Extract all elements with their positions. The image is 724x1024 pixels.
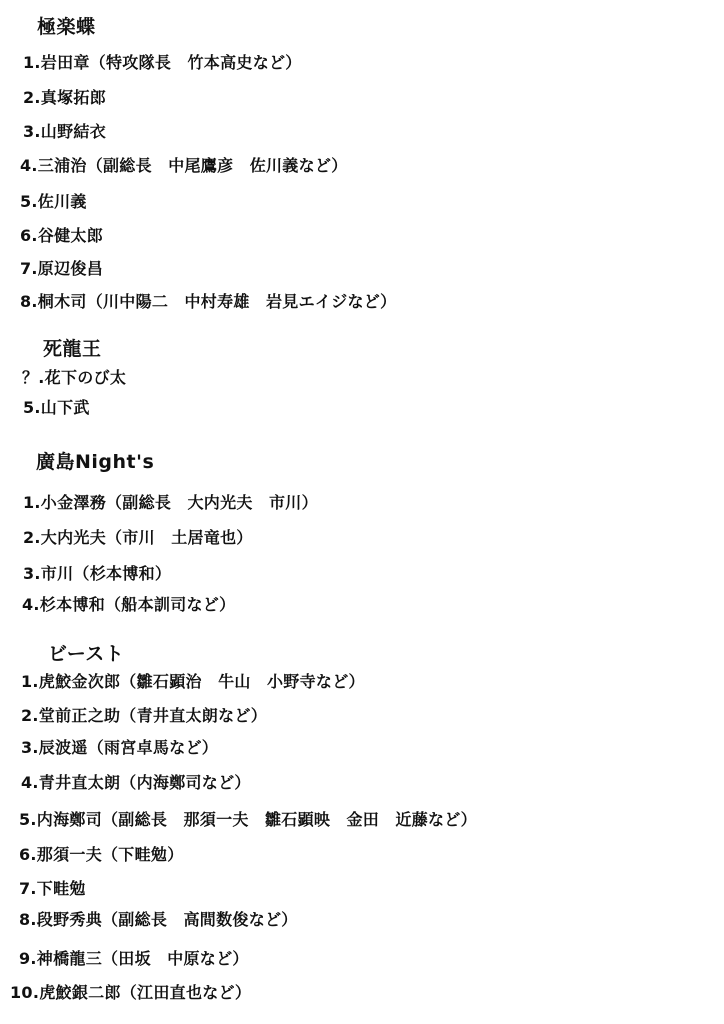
list-item: 8.段野秀典（副総長 高間数俊など）: [19, 909, 298, 931]
list-item: 2.大内光夫（市川 土居竜也）: [23, 527, 253, 549]
list-item: 3.市川（杉本博和）: [23, 563, 171, 585]
list-item: 4.杉本博和（船本訓司など）: [22, 594, 235, 616]
list-item: 1.虎鮫金次郎（雛石顕治 牛山 小野寺など）: [21, 671, 365, 693]
list-item: 7.原辺俊昌: [20, 258, 103, 280]
list-item: 5.山下武: [23, 397, 90, 419]
list-item: 9.神橋龍三（田坂 中原など）: [19, 948, 249, 970]
list-item: 7.下畦勉: [19, 878, 86, 900]
list-item: 1.岩田章（特攻隊長 竹本高史など）: [23, 52, 302, 74]
list-item: 5.内海鄭司（副総長 那須一夫 雛石顕映 金田 近藤など）: [19, 809, 477, 831]
section-title: 死龍王: [43, 337, 102, 361]
list-item: 10.虎鮫銀二郎（江田直也など）: [10, 982, 251, 1004]
list-item: 6.那須一夫（下畦勉）: [19, 844, 184, 866]
section-title: ビースト: [48, 642, 124, 666]
list-item: 4.青井直太朗（内海鄭司など）: [21, 772, 251, 794]
list-item: 2.堂前正之助（青井直太朗など）: [21, 705, 267, 727]
list-item: ？.花下のび太: [22, 367, 126, 389]
list-item: 3.山野結衣: [23, 121, 106, 143]
list-item: 6.谷健太郎: [20, 225, 103, 247]
list-item: 3.辰波遥（雨宮卓馬など）: [21, 737, 218, 759]
list-item: 1.小金澤務（副総長 大内光夫 市川）: [23, 492, 318, 514]
section-title: 極楽蝶: [37, 15, 96, 39]
section-title: 廣島Night's: [36, 450, 154, 474]
list-item: 2.真塚拓郎: [23, 87, 106, 109]
list-item: 8.桐木司（川中陽二 中村寿雄 岩見エイジなど）: [20, 291, 396, 313]
list-item: 5.佐川義: [20, 191, 87, 213]
list-item: 4.三浦治（副総長 中尾鷹彦 佐川義など）: [20, 155, 348, 177]
